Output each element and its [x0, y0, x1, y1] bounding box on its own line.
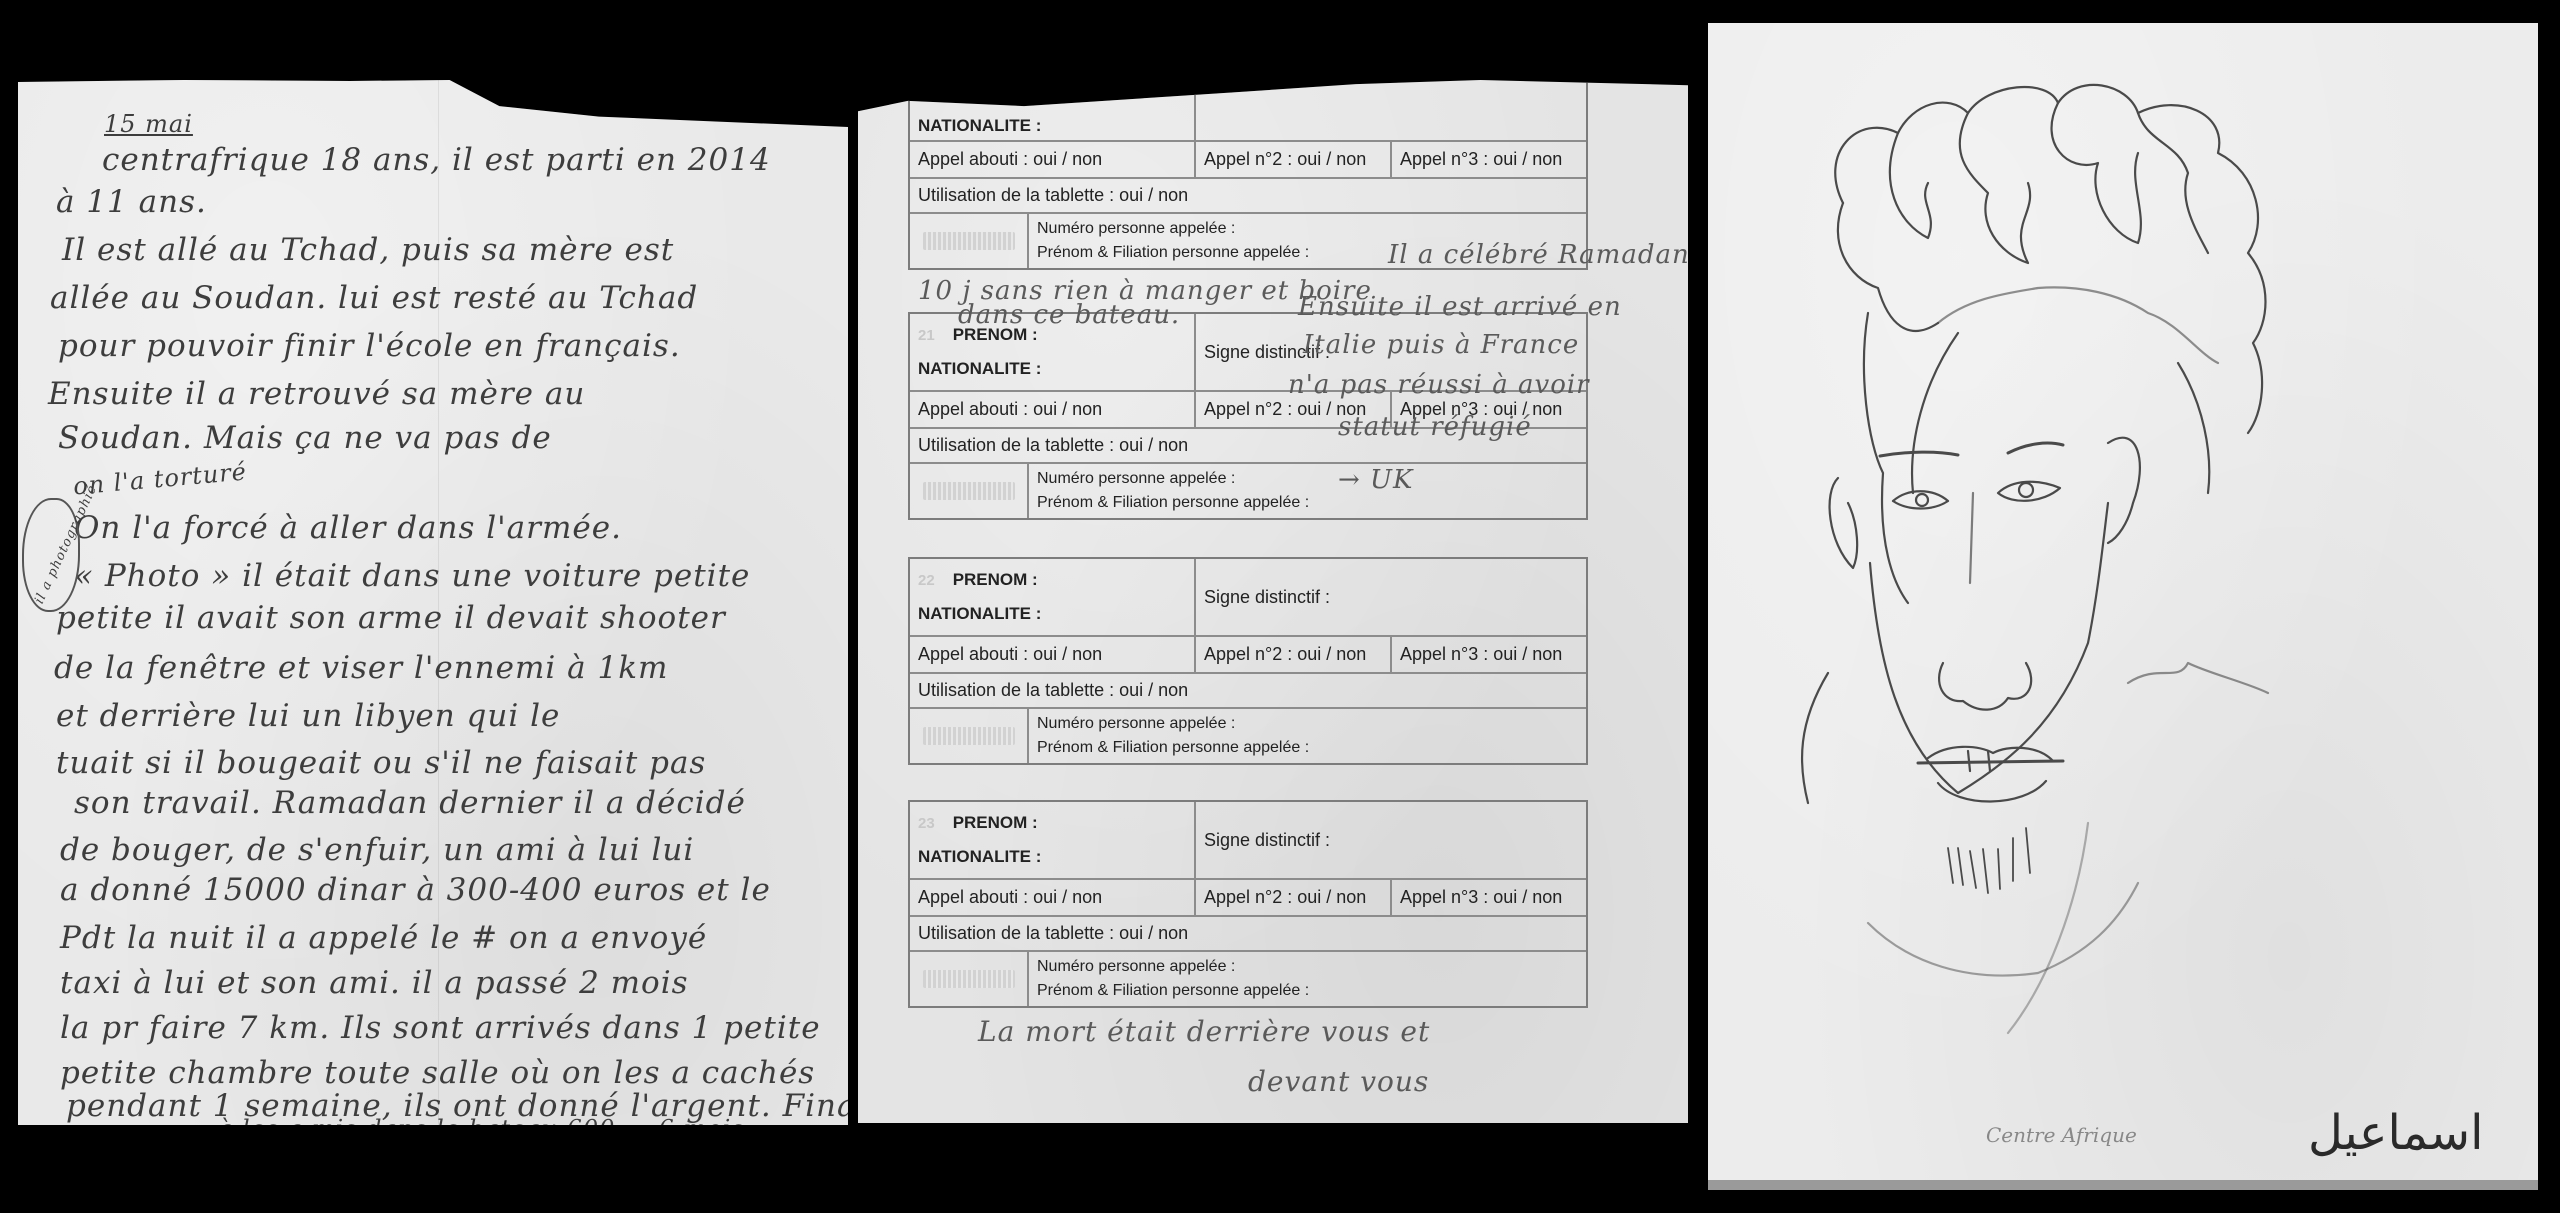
numero-label: Numéro personne appelée : [1037, 470, 1235, 488]
logo-stamp [910, 214, 1027, 268]
note-line: centrafrique 18 ans, il est parti en 201… [102, 142, 771, 178]
form-handwritten-note: n'a pas réussi à avoir [1288, 370, 1590, 400]
appel-abouti-field: Appel abouti : oui / non [918, 399, 1102, 420]
appel-3-field: Appel n°3 : oui / non [1400, 644, 1562, 665]
note-line: et derrière lui un libyen qui le [56, 698, 560, 734]
note-line: Pdt la nuit il a appelé le # on a envoyé [60, 920, 707, 956]
form-handwritten-note: statut réfugié [1338, 412, 1532, 442]
note-line: allée au Soudan. lui est resté au Tchad [50, 280, 698, 316]
note-line: son travail. Ramadan dernier il a décidé [74, 785, 746, 821]
form-handwritten-note: → UK [1338, 465, 1413, 495]
appel-3-field: Appel n°3 : oui / non [1400, 887, 1562, 908]
note-line: à 11 ans. [56, 184, 207, 220]
note-date: 15 mai [104, 110, 193, 138]
circled-margin-note: il a photographié [22, 498, 80, 612]
numero-label: Numéro personne appelée : [1037, 220, 1235, 238]
prenom-label: PRENOM : [953, 813, 1038, 833]
signe-distinctif-label: Signe distinctif : [1204, 587, 1330, 608]
appel-abouti-field: Appel abouti : oui / non [918, 644, 1102, 665]
form-page: NATIONALITE : Signe distinctif : Appel a… [858, 80, 1688, 1123]
artist-signature: اسماعيل [2308, 1105, 2483, 1161]
numero-label: Numéro personne appelée : [1037, 715, 1235, 733]
nationalite-label: NATIONALITE : [918, 116, 1041, 136]
appel-abouti-field: Appel abouti : oui / non [918, 149, 1102, 170]
appel-abouti-field: Appel abouti : oui / non [918, 887, 1102, 908]
form-handwritten-note: Italie puis à France [1303, 330, 1579, 360]
filiation-label: Prénom & Filiation personne appelée : [1037, 982, 1309, 1000]
nationalite-label: NATIONALITE : [918, 604, 1041, 624]
signe-distinctif-label: Signe distinctif : [1204, 830, 1330, 851]
contact-form-block: 23PRENOM :NATIONALITE : Signe distinctif… [908, 800, 1588, 1008]
appel-3-field: Appel n°3 : oui / non [1400, 149, 1562, 170]
note-line: de bouger, de s'enfuir, un ami à lui lui [60, 832, 694, 868]
signe-distinctif-label: Signe distinctif : [1204, 70, 1330, 91]
contact-form-block: 22PRENOM :NATIONALITE : Signe distinctif… [908, 557, 1588, 765]
tablette-field: Utilisation de la tablette : oui / non [918, 435, 1188, 456]
logo-stamp [910, 709, 1027, 763]
entry-number: 22 [918, 572, 935, 589]
logo-stamp [910, 952, 1027, 1006]
handwritten-note-page: 15 mai centrafrique 18 ans, il est parti… [18, 80, 848, 1125]
appel-2-field: Appel n°2 : oui / non [1204, 887, 1366, 908]
filiation-label: Prénom & Filiation personne appelée : [1037, 244, 1309, 262]
note-line: la pr faire 7 km. Ils sont arrivés dans … [60, 1010, 821, 1046]
note-line: de la fenêtre et viser l'ennemi à 1km [54, 650, 668, 686]
note-line: Ensuite il a retrouvé sa mère au [48, 376, 585, 412]
tablette-field: Utilisation de la tablette : oui / non [918, 185, 1188, 206]
tablette-field: Utilisation de la tablette : oui / non [918, 680, 1188, 701]
form-handwritten-note: dans ce bateau. [958, 300, 1180, 330]
nationalite-label: NATIONALITE : [918, 359, 1041, 379]
entry-number: 21 [918, 327, 935, 344]
form-handwritten-note: devant vous [1248, 1065, 1429, 1098]
note-line: petite chambre toute salle où on les a c… [60, 1055, 815, 1091]
nationalite-label: NATIONALITE : [918, 847, 1041, 867]
portrait-drawing: Centre Afrique اسماعيل [1708, 23, 2538, 1190]
appel-2-field: Appel n°2 : oui / non [1204, 149, 1366, 170]
form-handwritten-note: Il a célébré Ramadan [1388, 240, 1690, 270]
margin-note: on l'a torturé [72, 457, 248, 500]
form-handwritten-note: La mort était derrière vous et [978, 1015, 1430, 1048]
note-line: Soudan. Mais ça ne va pas de [58, 420, 552, 456]
note-line: On l'a forcé à aller dans l'armée. [74, 510, 622, 546]
note-line: a donné 15000 dinar à 300-400 euros et l… [60, 872, 771, 908]
form-handwritten-note: Ensuite il est arrivé en [1298, 292, 1622, 322]
logo-stamp [910, 464, 1027, 518]
note-line: tuait si il bougeait ou s'il ne faisait … [56, 745, 706, 781]
entry-number: 23 [918, 815, 935, 832]
note-line: « Photo » il était dans une voiture peti… [74, 558, 750, 594]
filiation-label: Prénom & Filiation personne appelée : [1037, 739, 1309, 757]
note-line: pour pouvoir finir l'école en français. [58, 328, 681, 364]
appel-2-field: Appel n°2 : oui / non [1204, 644, 1366, 665]
filiation-label: Prénom & Filiation personne appelée : [1037, 494, 1309, 512]
note-line: petite il avait son arme il devait shoot… [56, 600, 726, 636]
note-line: taxi à lui et son ami. il a passé 2 mois [60, 965, 689, 1001]
note-line: à les a mis dans le bateau 600 ... 6 moi… [218, 1115, 745, 1143]
prenom-label: PRENOM : [953, 570, 1038, 590]
tablette-field: Utilisation de la tablette : oui / non [918, 923, 1188, 944]
note-line: Il est allé au Tchad, puis sa mère est [62, 232, 674, 268]
numero-label: Numéro personne appelée : [1037, 958, 1235, 976]
portrait-caption: Centre Afrique [1986, 1123, 2137, 1147]
portrait-sketch [1708, 23, 2538, 1190]
